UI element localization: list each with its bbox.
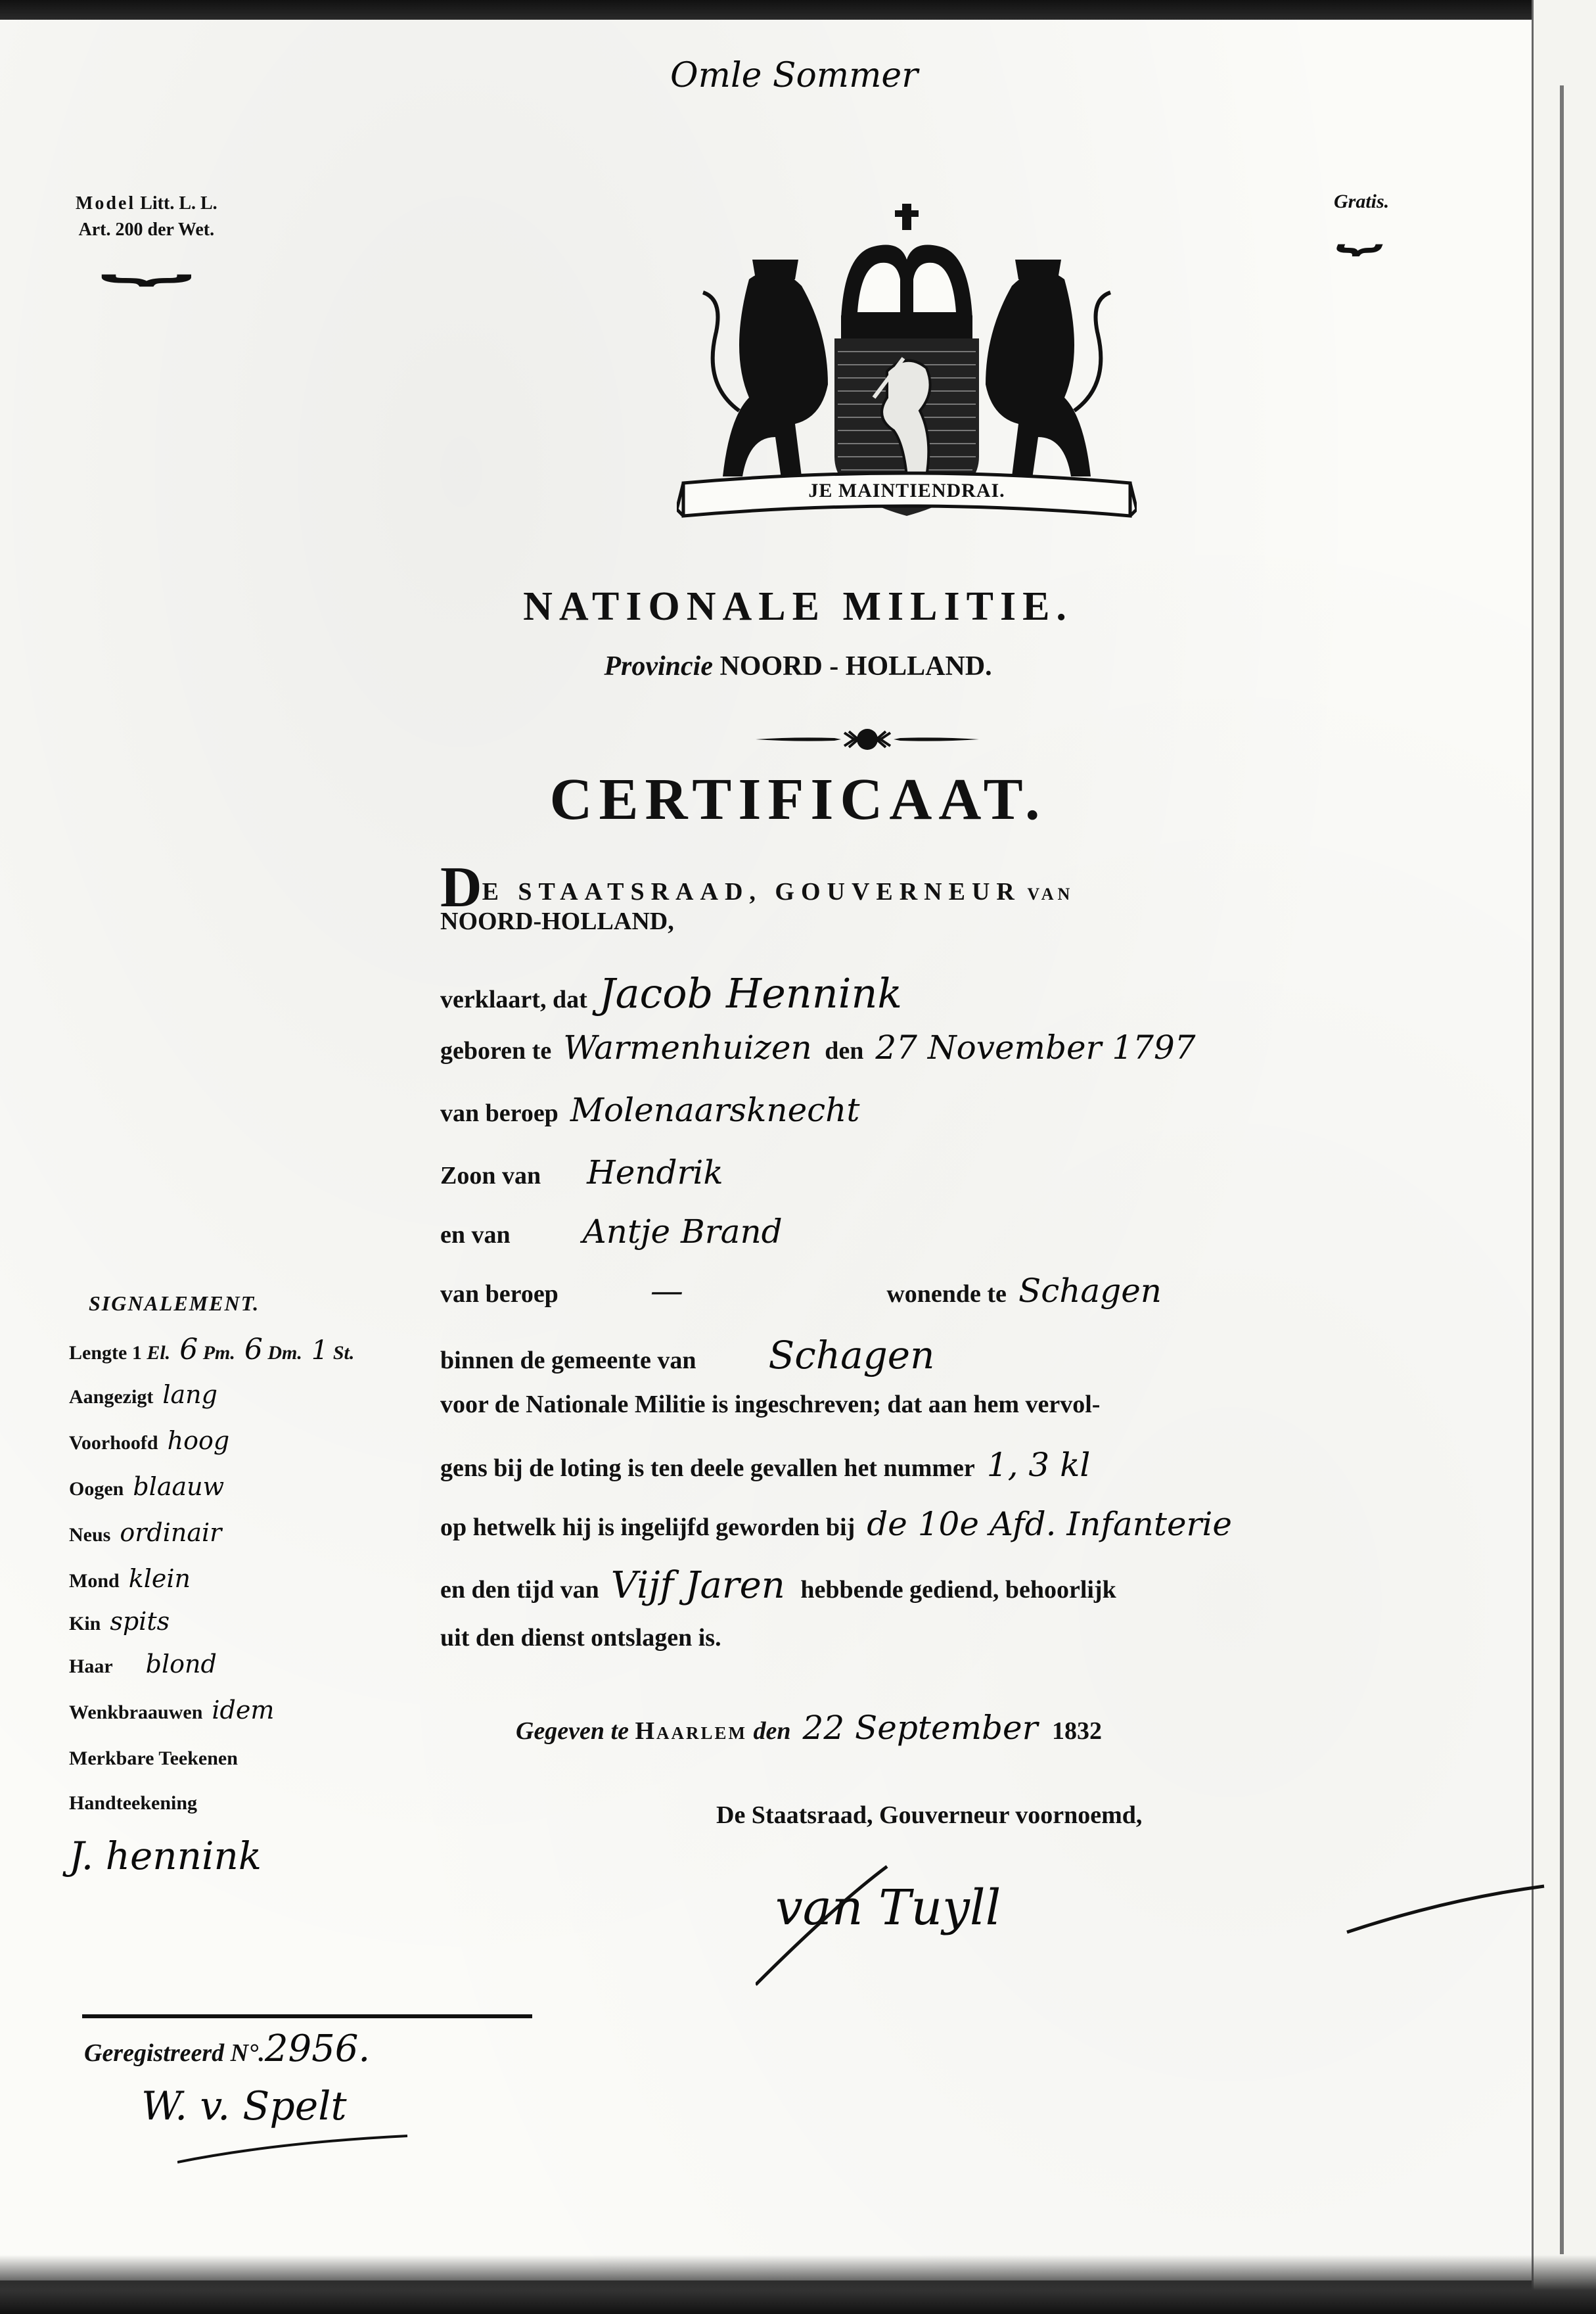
gratis-label: Gratis. ⏟	[1334, 191, 1389, 247]
row-label: Voorhoofd	[69, 1432, 158, 1454]
field-value-birthplace: Warmenhuizen	[563, 1029, 812, 1067]
top-annotation: Omle Sommer	[670, 56, 918, 95]
model-litt: Litt. L. L.	[140, 193, 217, 214]
field-label-den: den	[825, 1037, 863, 1065]
registration-number: 2956.	[265, 2027, 370, 2070]
row-value: idem	[212, 1696, 274, 1724]
heading-nationale-militie: NATIONALE MILITIE.	[0, 584, 1596, 630]
province-line: Provincie NOORD - HOLLAND.	[0, 651, 1596, 682]
signalement-row: Aangezigtlang	[69, 1380, 217, 1409]
certificate-title: CERTIFICAAT.	[0, 766, 1596, 833]
row-value: spits	[110, 1607, 170, 1636]
given-line: Gegeven te Haarlem den22 September 1832	[516, 1709, 1102, 1747]
issuer-line-2: NOORD-HOLLAND,	[440, 907, 674, 936]
row-value: klein	[129, 1564, 191, 1593]
lot-number: 1, 3 kl	[987, 1446, 1091, 1484]
registration-divider	[82, 2014, 532, 2018]
length-pm-unit: Pm.	[203, 1342, 235, 1364]
field-label: binnen de gemeente van	[440, 1347, 696, 1374]
registration-line: Geregistreerd N°.2956.	[84, 2027, 370, 2070]
row-value: hoog	[168, 1426, 230, 1455]
length-st: 1	[311, 1335, 328, 1366]
field-label: geboren te	[440, 1037, 551, 1065]
province-prefix: Provincie	[604, 651, 713, 682]
signalement-row: Haarblond	[69, 1650, 217, 1678]
crest-motto: JE MAINTIENDRAI.	[769, 480, 1045, 502]
signalement-row: Merkbare Teekenen	[69, 1742, 247, 1770]
registration-label: Geregistreerd N°.	[84, 2039, 265, 2067]
row-label: Mond	[69, 1570, 120, 1592]
holder-signature: J. hennink	[69, 1834, 262, 1878]
field-value-municipality: Schagen	[769, 1333, 935, 1377]
service-duration: Vijf Jaren	[611, 1564, 785, 1607]
field-label-wonende: wonende te	[886, 1280, 1007, 1308]
field-label: Zoon van	[440, 1162, 541, 1190]
enlisted-label: op hetwelk hij is ingelijfd geworden bij	[440, 1514, 855, 1541]
field-en-van: en vanAntje Brand	[440, 1213, 783, 1251]
model-reference: Model Litt. L. L. Art. 200 der Wet. ⏟	[76, 191, 217, 280]
field-beroep: van beroepMolenaarsknecht	[440, 1091, 859, 1129]
field-verklaart: verklaart, datJacob Hennink	[440, 969, 902, 1017]
row-label: Oogen	[69, 1478, 124, 1500]
divider-ornament-icon	[756, 726, 979, 752]
length-pm: 6	[179, 1333, 198, 1366]
brace-ornament-icon: ⏟	[1339, 213, 1383, 239]
service-suffix: hebbende gediend, behoorlijk	[800, 1576, 1116, 1604]
given-date: 22 September	[803, 1709, 1038, 1747]
brace-ornament-icon: ⏟	[103, 243, 191, 269]
length-dm-unit: Dm.	[267, 1342, 302, 1364]
given-year: 1832	[1052, 1717, 1102, 1745]
signalement-row: Neusordinair	[69, 1518, 221, 1547]
signalement-row: Voorhoofdhoog	[69, 1426, 229, 1455]
row-label: Wenkbraauwen	[69, 1701, 202, 1723]
service-line: en den tijd vanVijf Jaren hebbende gedie…	[440, 1564, 1116, 1607]
length-dm: 6	[244, 1333, 263, 1366]
row-label: Aangezigt	[69, 1386, 153, 1408]
issuer-title: E STAATSRAAD, GOUVERNEUR	[482, 878, 1021, 906]
body-text-lot: gens bij de loting is ten deele gevallen…	[440, 1454, 975, 1482]
service-label: en den tijd van	[440, 1576, 599, 1604]
field-value-birthdate: 27 November 1797	[875, 1029, 1195, 1067]
given-den: den	[754, 1717, 791, 1745]
signature-flourish-icon	[756, 1853, 1570, 1998]
signalement-row: Wenkbraauwenidem	[69, 1696, 274, 1724]
row-value: blaauw	[133, 1472, 224, 1501]
row-label: Merkbare Teekenen	[69, 1747, 238, 1769]
row-value: ordinair	[120, 1518, 221, 1547]
signalement-row: Handteekening	[69, 1786, 206, 1815]
row-value: lang	[162, 1380, 217, 1409]
enlisted-unit: de 10e Afd. Infanterie	[867, 1505, 1232, 1543]
body-text-1: voor de Nationale Militie is ingeschreve…	[440, 1390, 1100, 1419]
field-geboren: geboren teWarmenhuizen den27 November 17…	[440, 1029, 1196, 1067]
signalement-title: SIGNALEMENT.	[89, 1291, 260, 1316]
row-label: Kin	[69, 1613, 101, 1634]
field-beroep-moeder: van beroep— wonende teSchagen	[440, 1272, 1162, 1310]
field-label: van beroep	[440, 1280, 559, 1308]
field-label: verklaart, dat	[440, 986, 587, 1013]
model-prefix: Model	[76, 193, 135, 214]
closing-line: De Staatsraad, Gouverneur voornoemd,	[716, 1801, 1142, 1830]
row-label: Neus	[69, 1524, 110, 1546]
enlisted-line: op hetwelk hij is ingelijfd geworden bij…	[440, 1505, 1232, 1543]
row-label: Haar	[69, 1655, 113, 1677]
field-value-mother-occupation: —	[650, 1272, 683, 1310]
field-value-name: Jacob Hennink	[599, 969, 902, 1017]
row-value: blond	[146, 1650, 217, 1678]
field-value-father: Hendrik	[587, 1153, 723, 1192]
given-city: Haarlem	[635, 1717, 747, 1745]
field-gemeente: binnen de gemeente vanSchagen	[440, 1333, 934, 1377]
field-zoon-van: Zoon vanHendrik	[440, 1153, 723, 1192]
signalement-row: Oogenblaauw	[69, 1472, 224, 1501]
field-value-occupation: Molenaarsknecht	[570, 1091, 860, 1129]
field-label: van beroep	[440, 1099, 559, 1127]
field-value-mother: Antje Brand	[583, 1213, 783, 1251]
signalement-row: Kinspits	[69, 1607, 170, 1636]
length-label: Lengte	[69, 1342, 127, 1364]
discharge-line: uit den dienst ontslagen is.	[440, 1623, 721, 1652]
given-prefix: Gegeven te	[516, 1717, 629, 1745]
scan-bottom-shadow	[0, 2255, 1596, 2314]
field-label: en van	[440, 1221, 511, 1249]
body-text-2: gens bij de loting is ten deele gevallen…	[440, 1446, 1090, 1484]
row-label: Handteekening	[69, 1792, 197, 1814]
signalement-row: Mondklein	[69, 1564, 191, 1593]
field-value-residence: Schagen	[1018, 1272, 1162, 1310]
length-el: 1	[132, 1342, 142, 1364]
clerk-flourish-icon	[177, 2116, 414, 2169]
province-name: NOORD - HOLLAND.	[719, 651, 992, 682]
signalement-length: Lengte 1 El.6 Pm.6 Dm.1 St.	[69, 1333, 354, 1366]
length-st-unit: St.	[333, 1342, 355, 1364]
length-el-unit: El.	[147, 1342, 170, 1364]
issuer-van: VAN	[1027, 885, 1074, 904]
